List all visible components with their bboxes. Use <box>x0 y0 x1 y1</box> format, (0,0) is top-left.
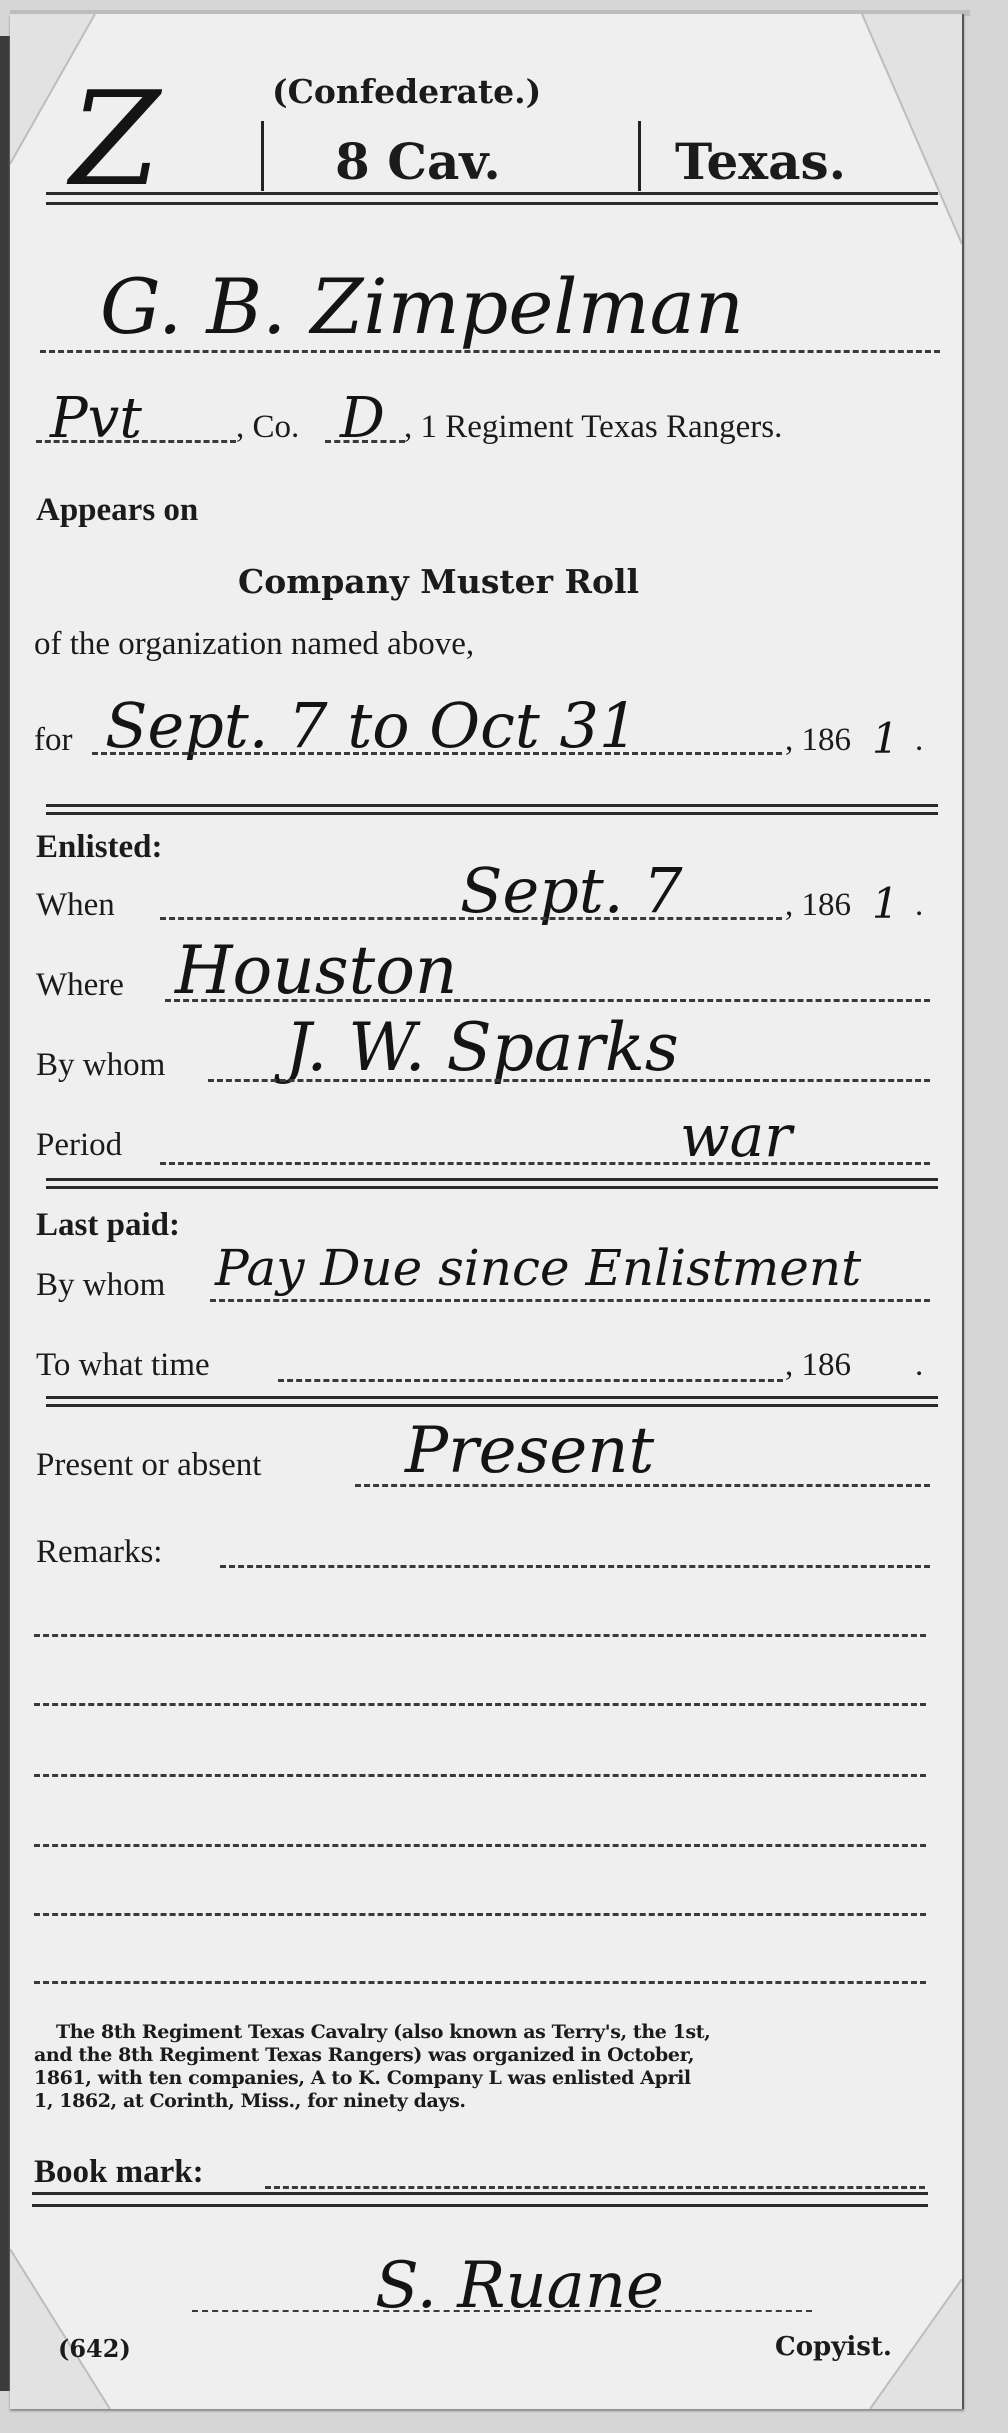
to-what-time-line <box>278 1379 783 1382</box>
rank-line <box>36 440 236 443</box>
header-divider <box>261 121 264 191</box>
regiment-text: , 1 Regiment Texas Rangers. <box>404 409 782 446</box>
header-divider <box>638 121 641 191</box>
bookmark-label: Book mark: <box>34 2154 204 2191</box>
bookmark-line <box>265 2186 925 2189</box>
footnote-line: 1861, with ten companies, A to K. Compan… <box>34 2067 934 2090</box>
enlisted-by-whom-line <box>208 1079 930 1082</box>
double-rule-bottom <box>32 2204 928 2207</box>
footnote-line: 1, 1862, at Corinth, Miss., for ninety d… <box>34 2090 934 2113</box>
when-year-prefix: , 186 <box>785 887 851 924</box>
year-prefix: , 186 <box>785 722 851 759</box>
period-line <box>160 1162 930 1165</box>
unit-label: 8 Cav. <box>335 132 501 191</box>
last-paid-by-whom-line <box>210 1299 930 1302</box>
double-rule-bottom <box>46 812 938 815</box>
last-paid-by-whom-label: By whom <box>36 1267 165 1304</box>
remarks-line <box>34 1703 926 1706</box>
double-rule-bottom <box>46 1404 938 1407</box>
footnote-line: and the 8th Regiment Texas Rangers) was … <box>34 2044 934 2067</box>
appears-on-label: Appears on <box>36 492 198 529</box>
form-number: (642) <box>58 2334 131 2363</box>
double-rule-top <box>46 1178 938 1181</box>
to-what-time-dot: . <box>915 1347 923 1384</box>
regiment-footnote: The 8th Regiment Texas Cavalry (also kno… <box>34 2021 934 2113</box>
copyist-line <box>192 2310 812 2312</box>
double-rule-top <box>46 804 938 807</box>
period-label: Period <box>36 1127 122 1164</box>
to-what-time-year: , 186 <box>785 1347 851 1384</box>
when-dot: . <box>915 887 923 924</box>
remarks-line <box>34 1844 926 1847</box>
roll-type: Company Muster Roll <box>238 562 639 601</box>
enlisted-by-whom-value: J. W. Sparks <box>285 1009 679 1086</box>
company-line <box>325 440 405 443</box>
remarks-line <box>220 1565 930 1568</box>
name-line <box>40 350 940 353</box>
last-paid-heading: Last paid: <box>36 1207 180 1244</box>
remarks-line <box>34 1774 926 1777</box>
remarks-line <box>34 1913 926 1916</box>
muster-roll-card: Z (Confederate.) 8 Cav. Texas. G. B. Zim… <box>10 14 964 2409</box>
present-absent-value: Present <box>405 1414 654 1488</box>
double-rule-top <box>46 192 938 195</box>
footnote-line: The 8th Regiment Texas Cavalry (also kno… <box>34 2021 934 2044</box>
double-rule-top <box>46 1396 938 1399</box>
double-rule-top <box>32 2192 928 2195</box>
period-value: war <box>680 1102 792 1170</box>
organization-text: of the organization named above, <box>34 626 474 663</box>
end-dot: . <box>915 722 923 759</box>
last-paid-by-whom-value: Pay Due since Enlistment <box>215 1239 861 1297</box>
copyist-label: Copyist. <box>775 2332 892 2362</box>
where-line <box>165 999 930 1002</box>
when-line <box>160 917 782 920</box>
state-label: Texas. <box>675 132 846 191</box>
left-binding-strip <box>0 36 10 2391</box>
card-number-handwritten: Z <box>70 74 160 204</box>
double-rule-bottom <box>46 1186 938 1189</box>
period-line <box>92 752 782 755</box>
when-label: When <box>36 887 115 924</box>
year-suffix: 1 <box>872 714 899 763</box>
where-value: Houston <box>175 932 457 1009</box>
soldier-name: G. B. Zimpelman <box>100 262 744 351</box>
present-absent-line <box>355 1484 930 1487</box>
remarks-line <box>34 1634 926 1637</box>
enlisted-heading: Enlisted: <box>36 829 163 866</box>
enlisted-by-whom-label: By whom <box>36 1047 165 1084</box>
for-label: for <box>34 722 72 759</box>
where-label: Where <box>36 967 124 1004</box>
to-what-time-label: To what time <box>36 1347 210 1384</box>
company-label: , Co. <box>236 409 299 446</box>
remarks-label: Remarks: <box>36 1534 162 1571</box>
present-absent-label: Present or absent <box>36 1447 261 1484</box>
when-year-suffix: 1 <box>872 879 899 928</box>
remarks-line <box>34 1981 926 1984</box>
double-rule-bottom <box>46 202 938 205</box>
affiliation-label: (Confederate.) <box>272 72 541 111</box>
